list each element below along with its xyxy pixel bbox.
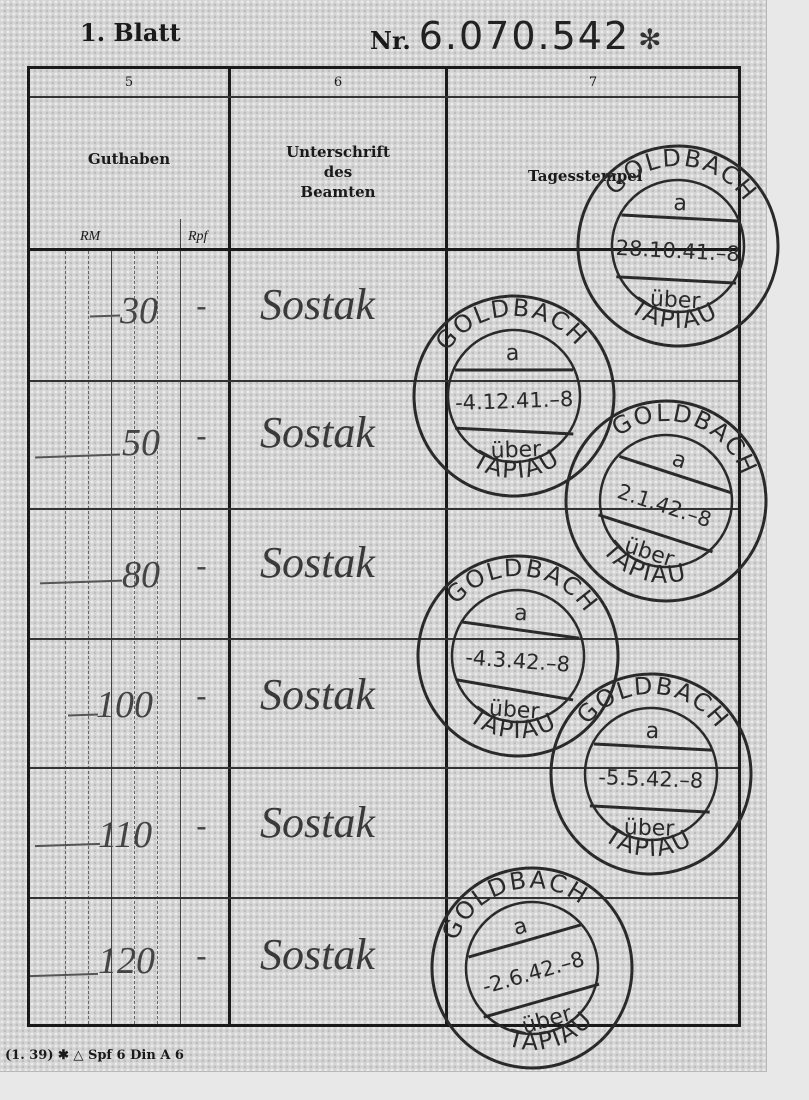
- row-divider: [30, 897, 738, 899]
- pen-stroke: [90, 314, 120, 317]
- title-line: Beamten: [231, 182, 445, 202]
- official-signature: Sostak: [260, 669, 375, 720]
- svg-text:a: a: [673, 191, 688, 217]
- amount-rpf: -: [196, 677, 207, 715]
- sheet-label: 1. Blatt: [80, 18, 181, 47]
- svg-text:-4.12.41.–8: -4.12.41.–8: [455, 387, 574, 415]
- official-signature: Sostak: [260, 279, 375, 330]
- amount-rm: 100: [96, 683, 153, 727]
- column-divider-5-6: [228, 69, 231, 1024]
- column-number-5: 5: [30, 75, 228, 90]
- number-value: 6.070.542: [419, 14, 630, 58]
- amount-rpf: -: [196, 547, 207, 585]
- amount-rm: 120: [98, 939, 155, 983]
- amount-rm: 110: [98, 813, 152, 857]
- column-title-unterschrift: Unterschrift des Beamten: [231, 142, 445, 202]
- svg-text:-5.5.42.–8: -5.5.42.–8: [598, 765, 704, 793]
- asterisk-icon: ✻: [638, 23, 661, 56]
- amount-rpf: -: [196, 807, 207, 845]
- official-signature: Sostak: [260, 797, 375, 848]
- number-label: Nr.: [370, 26, 411, 55]
- amount-rpf: -: [196, 287, 207, 325]
- official-signature: Sostak: [260, 407, 375, 458]
- pen-stroke: [68, 713, 98, 716]
- amount-rpf: -: [196, 937, 207, 975]
- number-row-divider: [30, 96, 738, 98]
- unit-rm: RM: [80, 229, 100, 245]
- amount-rm: 30: [120, 289, 158, 333]
- svg-text:über: über: [649, 287, 702, 315]
- column-number-7: 7: [448, 75, 738, 90]
- official-signature: Sostak: [260, 537, 375, 588]
- svg-text:über: über: [488, 696, 541, 725]
- column-title-guthaben: Guthaben: [30, 149, 228, 169]
- rm-rpf-header-divider: [180, 219, 181, 248]
- svg-text:über: über: [490, 437, 542, 464]
- svg-text:a: a: [645, 719, 659, 744]
- form-footer-code: (1. 39) ✱ △ Spf 6 Din A 6: [5, 1048, 184, 1063]
- pen-stroke: [35, 454, 120, 459]
- amount-rm: 50: [122, 421, 160, 465]
- svg-text:a: a: [513, 601, 528, 627]
- amount-rpf: -: [196, 417, 207, 455]
- svg-text:a: a: [669, 447, 690, 475]
- svg-text:a: a: [510, 913, 530, 941]
- column-number-6: 6: [231, 75, 445, 90]
- amount-rm: 80: [122, 553, 160, 597]
- svg-text:28.10.41.–8: 28.10.41.–8: [615, 236, 740, 266]
- row-divider: [30, 638, 738, 640]
- svg-text:a: a: [505, 341, 519, 366]
- card-number: Nr. 6.070.542 ✻: [370, 14, 662, 58]
- title-line: des: [231, 162, 445, 182]
- title-line: Unterschrift: [231, 142, 445, 162]
- pen-stroke: [35, 843, 100, 847]
- unit-rpf: Rpf: [188, 229, 207, 245]
- svg-text:über: über: [623, 815, 675, 842]
- pen-stroke: [40, 580, 122, 585]
- official-signature: Sostak: [260, 929, 375, 980]
